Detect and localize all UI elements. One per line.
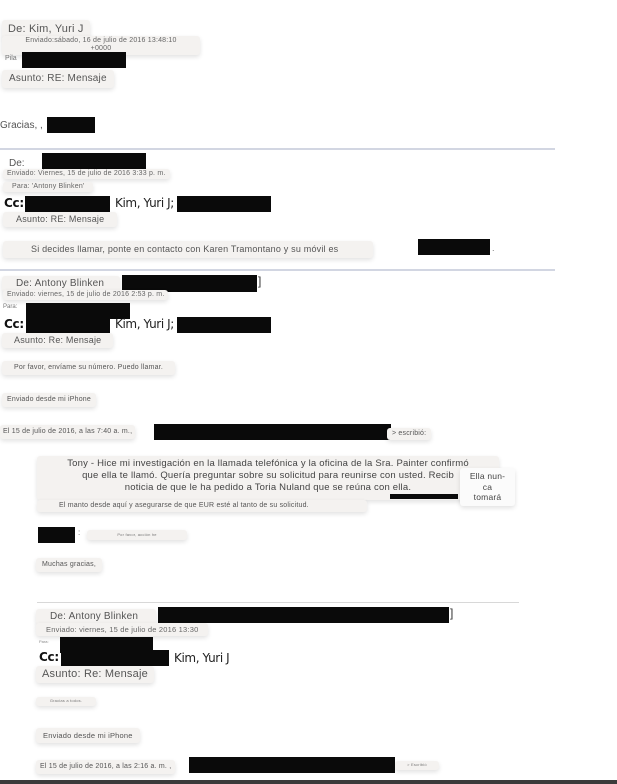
quoted-line: Tony - Hice mi investigación en la llama… — [37, 458, 499, 470]
cc-label: Cc: — [39, 650, 59, 664]
redacted-sender — [42, 153, 146, 169]
redacted-name — [38, 527, 75, 543]
quote-intro: El 15 de julio de 2016, a las 2:16 a. m.… — [36, 760, 175, 774]
body-text: Gracias a todos. — [36, 697, 96, 706]
side-note-line: Ella nun- — [460, 471, 515, 482]
redacted-phone — [418, 239, 490, 255]
side-note: Ella nun- ca tomará — [460, 468, 515, 506]
small-note: Por favor, acción he — [87, 530, 187, 540]
redacted-email — [154, 424, 391, 440]
subject-line: Asunto: RE: Mensaje — [3, 212, 117, 227]
cc-label: Cc: — [4, 196, 24, 210]
body-text: Si decides llamar, ponte en contacto con… — [3, 241, 373, 258]
from-suffix: ] — [450, 606, 453, 620]
redacted-recipient — [22, 52, 126, 68]
cc-name: Kim, Yuri J; — [115, 317, 174, 331]
signature: Enviado desde mi iPhone — [36, 728, 140, 743]
colon: : — [78, 528, 80, 537]
closing: Muchas gracias, — [36, 558, 102, 572]
side-note-line: ca — [460, 482, 515, 493]
subject-line: Asunto: RE: Mensaje — [2, 70, 114, 88]
to-label: Para: — [39, 639, 49, 644]
side-note-line: tomará — [460, 492, 515, 503]
redacted-email — [189, 757, 395, 773]
redacted-email — [158, 607, 449, 623]
redacted-cc — [26, 317, 110, 333]
separator — [0, 269, 555, 271]
sent-date: Enviado:sábado, 16 de julio de 2016 13:4… — [4, 37, 198, 45]
to-line: Para: 'Antony Blinken' — [3, 182, 93, 192]
body-text: Por favor, envíame su número. Puedo llam… — [2, 361, 175, 375]
redacted-cc — [177, 317, 271, 333]
quoted-line-2: El manto desde aquí y asegurarse de que … — [37, 500, 367, 512]
body-period: . — [492, 243, 495, 253]
quote-suffix: > escribió: — [387, 428, 431, 440]
redacted-cc — [177, 196, 271, 212]
redacted-name — [47, 117, 95, 133]
sent-line: Enviado: Viernes, 15 de julio de 2016 3:… — [3, 169, 170, 179]
cc-name: Kim, Yuri J — [174, 651, 229, 665]
quote-suffix: > Escribió — [395, 761, 439, 770]
bottom-bar — [0, 780, 617, 784]
signature: Enviado desde mi iPhone — [2, 393, 96, 407]
separator — [0, 148, 555, 150]
quoted-line: noticia de que le ha pedido a Toria Nula… — [37, 482, 499, 494]
body-text: Gracias, , — [0, 120, 43, 131]
subject-line: Asunto: Re: Mensaje — [2, 333, 113, 348]
quote-intro: El 15 de julio de 2016, a las 7:40 a. m.… — [0, 425, 135, 439]
sent-line: Enviado: viernes, 15 de julio de 2016 13… — [36, 623, 208, 636]
from-line: De: — [9, 158, 25, 169]
redacted-block — [390, 494, 458, 499]
separator — [37, 602, 519, 603]
from-suffix: ] — [258, 274, 261, 288]
subject-line: Asunto: Re: Mensaje — [36, 666, 154, 683]
to-label: Pila — [5, 55, 17, 62]
quoted-line: que ella te llamó. Quería preguntar sobr… — [37, 470, 499, 482]
redacted-cc — [61, 650, 169, 666]
cc-label: Cc: — [4, 317, 24, 331]
to-label: Para: — [3, 304, 17, 310]
redacted-cc — [25, 196, 110, 212]
sent-line: Enviado: viernes, 15 de julio de 2016 2:… — [3, 290, 168, 300]
cc-name: Kim, Yuri J; — [115, 196, 174, 210]
